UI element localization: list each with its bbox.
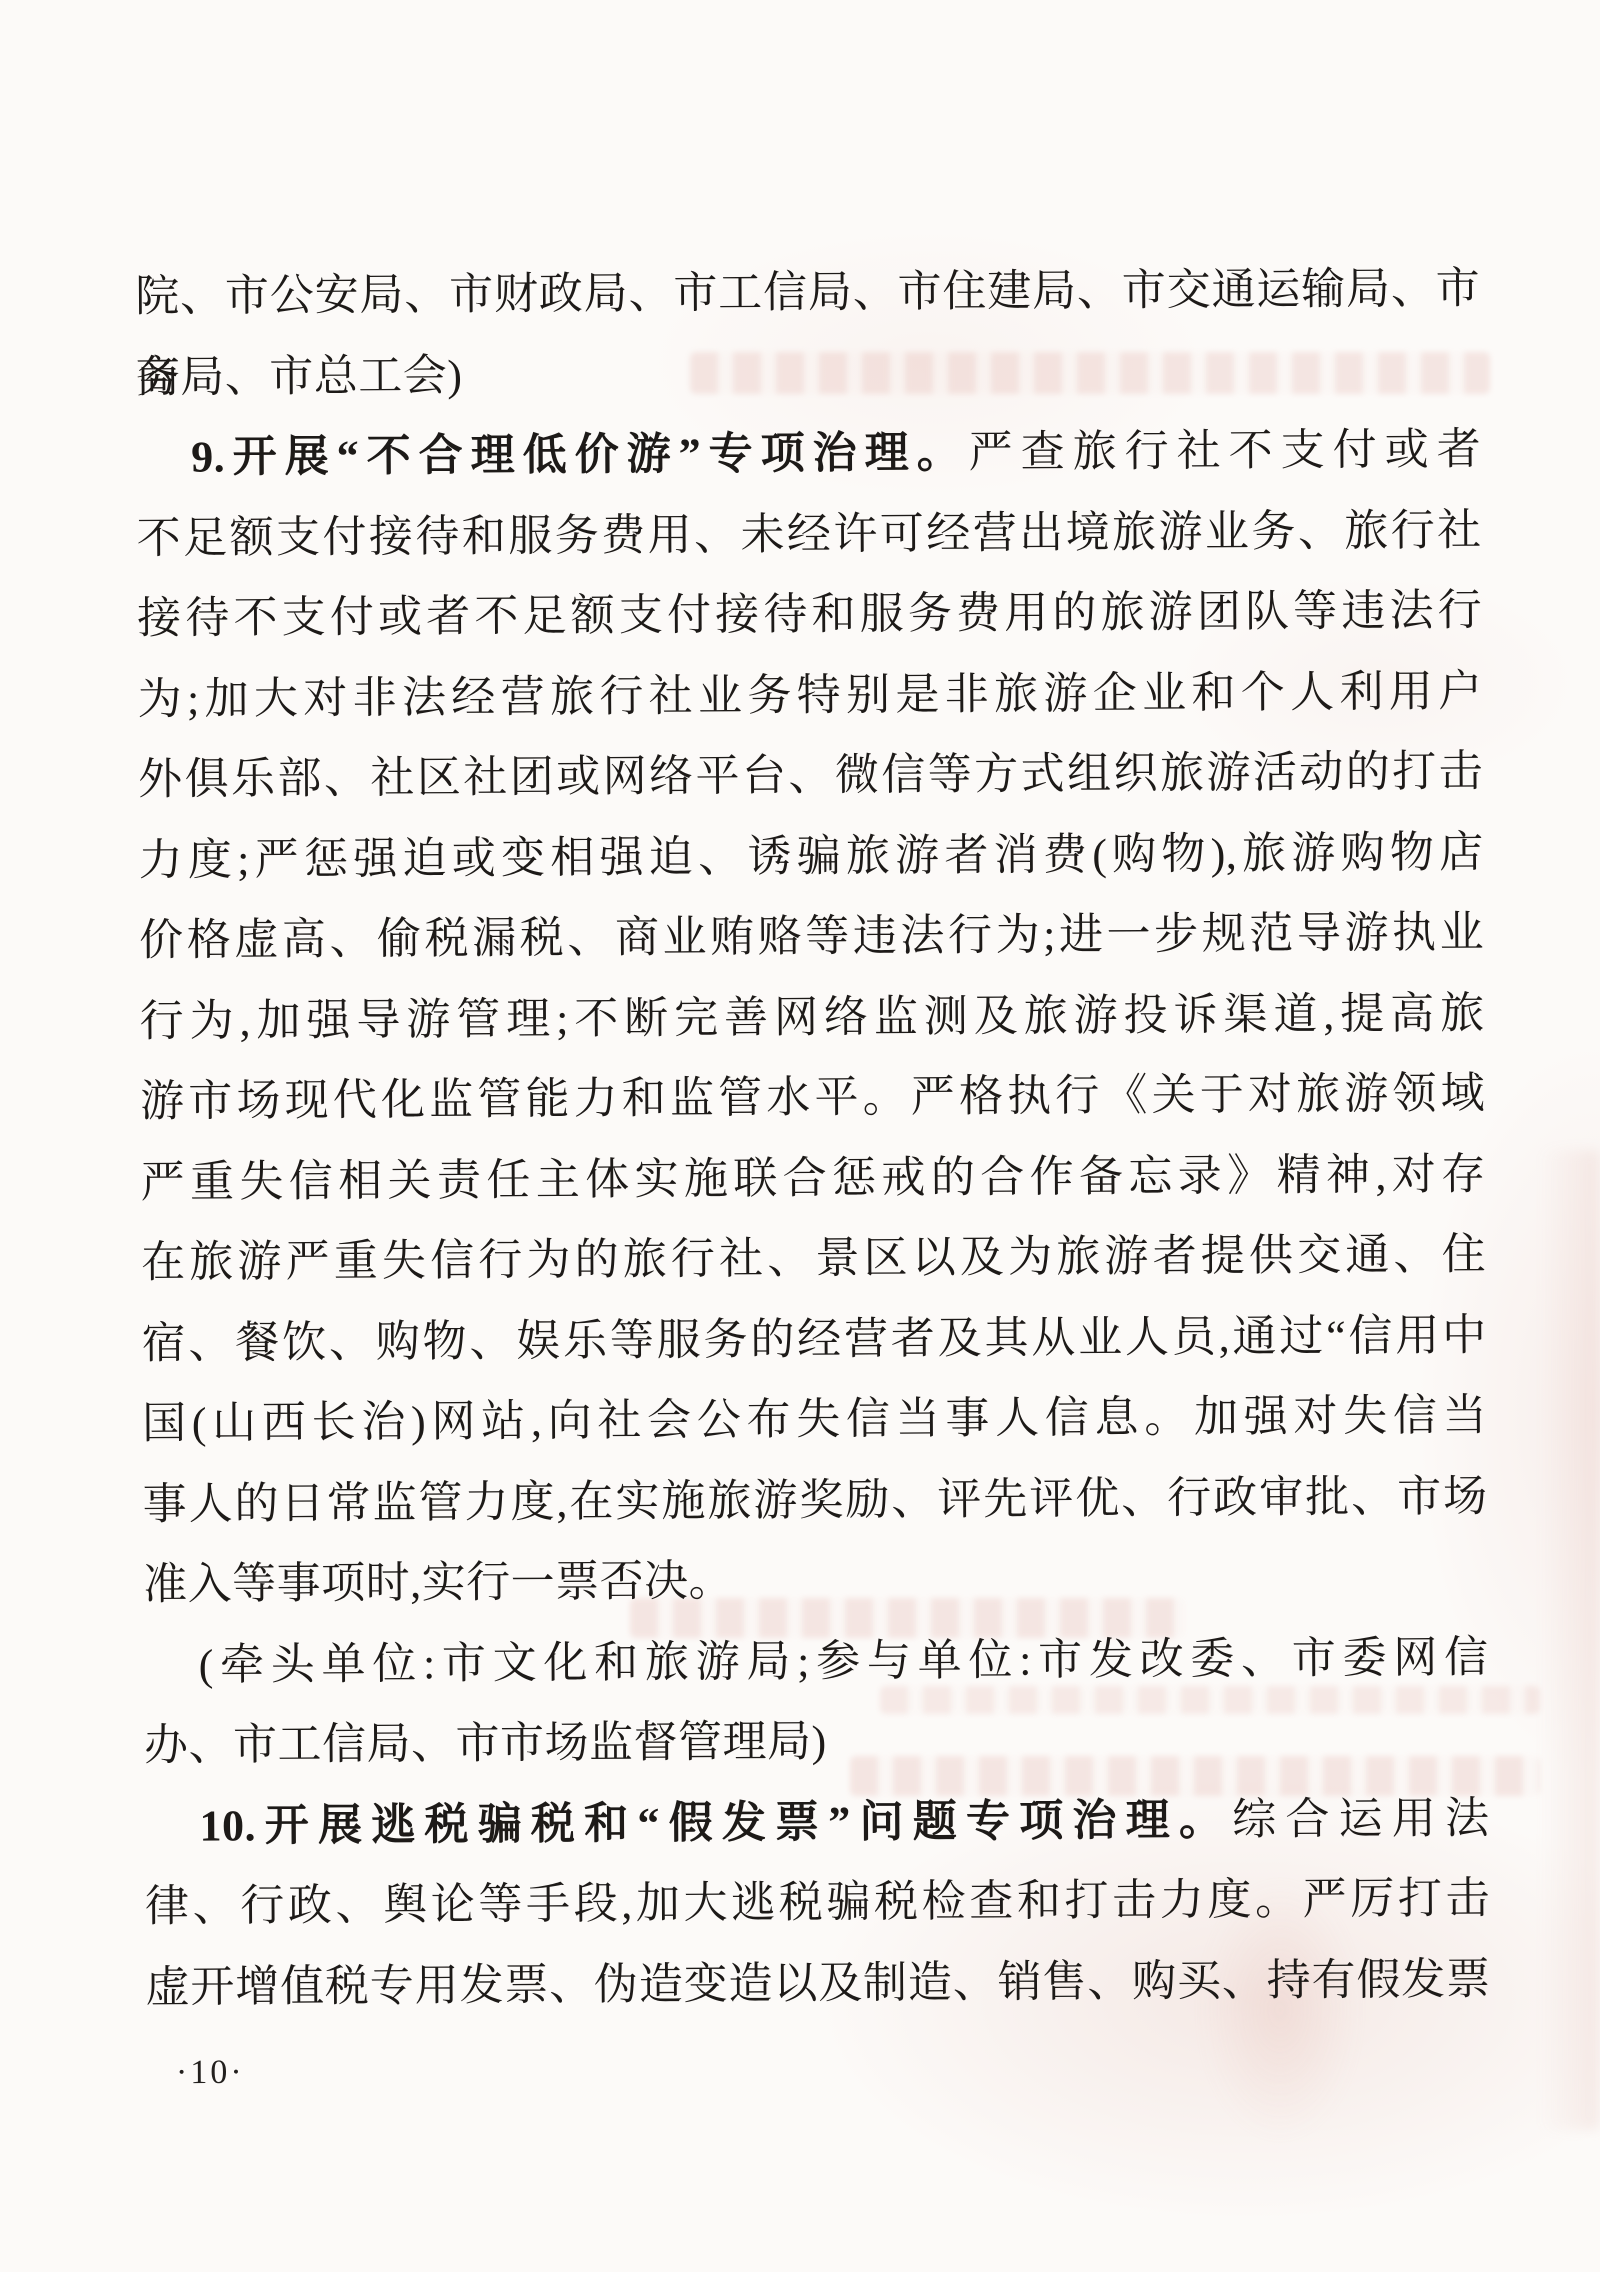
line-text: 务局、市总工会) xyxy=(136,351,463,402)
paragraph-heading: 9.开展“不合理低价游”专项治理。 xyxy=(191,428,969,482)
line-text: 接待不支付或者不足额支付接待和服务费用的旅游团队等违法行 xyxy=(137,586,1482,643)
line-text: 事人的日常监管力度,在实施旅游奖励、评先评优、行政审批、市场 xyxy=(142,1471,1487,1528)
line-text: 宿、餐饮、购物、娱乐等服务的经营者及其从业人员,通过“信用中 xyxy=(141,1310,1486,1367)
line-text: 综合运用法 xyxy=(1232,1793,1490,1844)
line-text: 严查旅行社不支付或者 xyxy=(969,425,1482,477)
text-line: 10.开展逃税骗税和“假发票”问题专项治理。综合运用法 xyxy=(144,1778,1489,1867)
text-line: 虚开增值税专用发票、伪造变造以及制造、销售、购买、持有假发票 xyxy=(145,1939,1490,2028)
text-line: 律、行政、舆论等手段,加大逃税骗税检查和打击力度。严厉打击 xyxy=(145,1859,1490,1948)
line-text: 严重失信相关责任主体实施联合惩戒的合作备忘录》精神,对存 xyxy=(141,1149,1486,1206)
text-line: 接待不支付或者不足额支付接待和服务费用的旅游团队等违法行 xyxy=(137,571,1482,660)
line-text: 在旅游严重失信行为的旅行社、景区以及为旅游者提供交通、住 xyxy=(141,1230,1486,1287)
paragraph-heading: 10.开展逃税骗税和“假发票”问题专项治理。 xyxy=(199,1795,1232,1850)
text-line: 院、市公安局、市财政局、市工信局、市住建局、市交通运输局、市商 xyxy=(135,249,1480,338)
text-line: 游市场现代化监管能力和监管水平。严格执行《关于对旅游领域 xyxy=(140,1054,1485,1143)
scan-edge-tint xyxy=(1540,1150,1600,2130)
text-line: 力度;严惩强迫或变相强迫、诱骗旅游者消费(购物),旅游购物店 xyxy=(138,812,1483,901)
line-text: 办、市工信局、市市场监督管理局) xyxy=(144,1717,827,1770)
page-number: ·10· xyxy=(176,2054,245,2092)
line-text: (牵头单位:市文化和旅游局;参与单位:市发改委、市委网信 xyxy=(198,1632,1488,1689)
line-text: 准入等事项时,实行一票否决。 xyxy=(143,1556,733,1609)
body-text: 院、市公安局、市财政局、市工信局、市住建局、市交通运输局、市商 务局、市总工会)… xyxy=(135,249,1491,2028)
line-text: 游市场现代化监管能力和监管水平。严格执行《关于对旅游领域 xyxy=(140,1069,1485,1126)
text-line: 事人的日常监管力度,在实施旅游奖励、评先评优、行政审批、市场 xyxy=(142,1456,1487,1545)
text-line: 办、市工信局、市市场监督管理局) xyxy=(144,1698,1489,1787)
text-line: 9.开展“不合理低价游”专项治理。严查旅行社不支付或者 xyxy=(136,410,1481,499)
line-text: 虚开增值税专用发票、伪造变造以及制造、销售、购买、持有假发票 xyxy=(145,1954,1490,2011)
line-text: 行为,加强导游管理;不断完善网络监测及旅游投诉渠道,提高旅 xyxy=(140,988,1485,1045)
text-line: 行为,加强导游管理;不断完善网络监测及旅游投诉渠道,提高旅 xyxy=(139,973,1484,1062)
line-text: 力度;严惩强迫或变相强迫、诱骗旅游者消费(购物),旅游购物店 xyxy=(139,827,1484,884)
text-line: 宿、餐饮、购物、娱乐等服务的经营者及其从业人员,通过“信用中 xyxy=(141,1295,1486,1384)
text-line: 准入等事项时,实行一票否决。 xyxy=(143,1537,1488,1626)
text-line: 价格虚高、偷税漏税、商业贿赂等违法行为;进一步规范导游执业 xyxy=(139,893,1484,982)
line-text: 律、行政、舆论等手段,加大逃税骗税检查和打击力度。严厉打击 xyxy=(145,1874,1490,1931)
text-line: 务局、市总工会) xyxy=(135,329,1480,418)
text-line: 不足额支付接待和服务费用、未经许可经营出境旅游业务、旅行社 xyxy=(136,490,1481,579)
scanned-document-page: 院、市公安局、市财政局、市工信局、市住建局、市交通运输局、市商 务局、市总工会)… xyxy=(0,0,1600,2272)
line-text: 不足额支付接待和服务费用、未经许可经营出境旅游业务、旅行社 xyxy=(137,505,1482,562)
text-line: 在旅游严重失信行为的旅行社、景区以及为旅游者提供交通、住 xyxy=(141,1215,1486,1304)
line-text: 国(山西长治)网站,向社会公布失信当事人信息。加强对失信当 xyxy=(142,1391,1487,1448)
text-line: 为;加大对非法经营旅行社业务特别是非旅游企业和个人利用户 xyxy=(137,651,1482,740)
text-line: 国(山西长治)网站,向社会公布失信当事人信息。加强对失信当 xyxy=(142,1376,1487,1465)
text-line: 外俱乐部、社区社团或网络平台、微信等方式组织旅游活动的打击 xyxy=(138,732,1483,821)
line-text: 外俱乐部、社区社团或网络平台、微信等方式组织旅游活动的打击 xyxy=(138,747,1483,804)
text-line: (牵头单位:市文化和旅游局;参与单位:市发改委、市委网信 xyxy=(143,1617,1488,1706)
text-line: 严重失信相关责任主体实施联合惩戒的合作备忘录》精神,对存 xyxy=(140,1134,1485,1223)
line-text: 价格虚高、偷税漏税、商业贿赂等违法行为;进一步规范导游执业 xyxy=(139,908,1484,965)
line-text: 为;加大对非法经营旅行社业务特别是非旅游企业和个人利用户 xyxy=(138,666,1483,723)
